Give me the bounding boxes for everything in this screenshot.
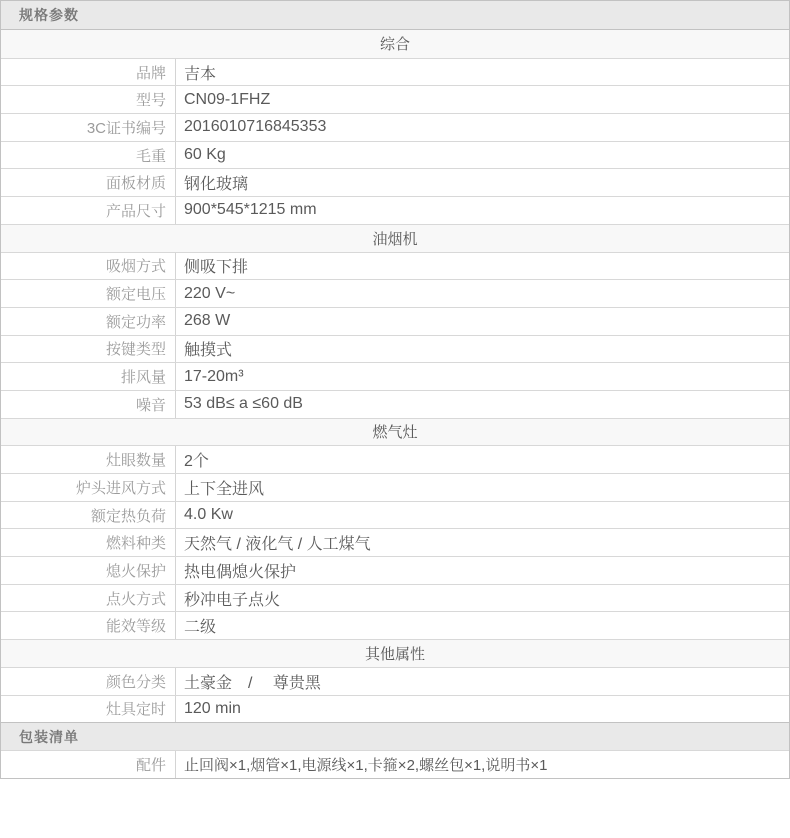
spec-row-range-hood-3: 按键类型触摸式 <box>1 335 789 363</box>
spec-params-header: 规格参数 <box>0 0 790 30</box>
spec-row-range-hood-4: 排风量17-20m³ <box>1 362 789 390</box>
spec-value: 秒冲电子点火 <box>176 585 789 612</box>
section-title: 油烟机 <box>372 228 417 249</box>
spec-row-other-attributes-1: 灶具定时120 min <box>1 695 789 723</box>
packing-list-title: 包装清单 <box>19 727 79 747</box>
spec-value: 120 min <box>176 696 789 723</box>
spec-label: 噪音 <box>1 391 176 418</box>
spec-row-gas-stove-5: 点火方式秒冲电子点火 <box>1 584 789 612</box>
spec-value: 900*545*1215 mm <box>176 197 789 224</box>
spec-value: 土豪金 / 尊贵黑 <box>176 668 789 695</box>
spec-label: 吸烟方式 <box>1 253 176 280</box>
spec-label: 毛重 <box>1 142 176 169</box>
spec-row-range-hood-2: 额定功率268 W <box>1 307 789 335</box>
spec-label: 产品尺寸 <box>1 197 176 224</box>
spec-value: 二级 <box>176 612 789 639</box>
spec-row-gas-stove-1: 炉头进风方式上下全进风 <box>1 473 789 501</box>
spec-value: 2个 <box>176 446 789 473</box>
spec-value: 侧吸下排 <box>176 253 789 280</box>
spec-label: 品牌 <box>1 59 176 86</box>
spec-label: 颜色分类 <box>1 668 176 695</box>
spec-row-other-attributes-0: 颜色分类土豪金 / 尊贵黑 <box>1 667 789 695</box>
spec-value: 268 W <box>176 308 789 335</box>
spec-label: 额定电压 <box>1 280 176 307</box>
spec-value: 触摸式 <box>176 336 789 363</box>
spec-label: 灶眼数量 <box>1 446 176 473</box>
spec-row-range-hood-0: 吸烟方式侧吸下排 <box>1 252 789 280</box>
spec-row-accessories-0: 配件止回阀×1,烟管×1,电源线×1,卡箍×2,螺丝包×1,说明书×1 <box>1 750 789 778</box>
spec-label: 能效等级 <box>1 612 176 639</box>
spec-value: 吉本 <box>176 59 789 86</box>
spec-value: 53 dB≤ a ≤60 dB <box>176 391 789 418</box>
spec-value: 220 V~ <box>176 280 789 307</box>
spec-value: 4.0 Kw <box>176 502 789 529</box>
spec-row-gas-stove-0: 灶眼数量2个 <box>1 445 789 473</box>
spec-value: 天然气 / 液化气 / 人工煤气 <box>176 529 789 556</box>
spec-label: 额定功率 <box>1 308 176 335</box>
spec-row-general-2: 3C证书编号2016010716845353 <box>1 113 789 141</box>
section-header-range-hood: 油烟机 <box>1 224 789 252</box>
spec-label: 3C证书编号 <box>1 114 176 141</box>
spec-label: 点火方式 <box>1 585 176 612</box>
spec-value: 60 Kg <box>176 142 789 169</box>
section-title: 综合 <box>380 33 410 54</box>
spec-row-general-1: 型号CN09-1FHZ <box>1 85 789 113</box>
spec-row-general-5: 产品尺寸900*545*1215 mm <box>1 196 789 224</box>
spec-row-range-hood-5: 噪音53 dB≤ a ≤60 dB <box>1 390 789 418</box>
spec-label: 配件 <box>1 751 176 778</box>
spec-label: 熄火保护 <box>1 557 176 584</box>
spec-label: 面板材质 <box>1 169 176 196</box>
section-header-general: 综合 <box>1 30 789 58</box>
section-title: 其他属性 <box>365 643 425 664</box>
spec-label: 按键类型 <box>1 336 176 363</box>
spec-label: 炉头进风方式 <box>1 474 176 501</box>
packing-list-header: 包装清单 <box>1 722 789 750</box>
section-title: 燃气灶 <box>372 421 417 442</box>
spec-value: 上下全进风 <box>176 474 789 501</box>
spec-label: 型号 <box>1 86 176 113</box>
spec-table: 综合品牌吉本型号CN09-1FHZ3C证书编号2016010716845353毛… <box>0 30 790 779</box>
spec-row-general-4: 面板材质钢化玻璃 <box>1 168 789 196</box>
spec-row-gas-stove-2: 额定热负荷4.0 Kw <box>1 501 789 529</box>
spec-label: 灶具定时 <box>1 696 176 723</box>
spec-params-title: 规格参数 <box>19 5 79 25</box>
spec-panel: 规格参数 综合品牌吉本型号CN09-1FHZ3C证书编号201601071684… <box>0 0 790 779</box>
spec-row-gas-stove-3: 燃料种类天然气 / 液化气 / 人工煤气 <box>1 528 789 556</box>
spec-value: CN09-1FHZ <box>176 86 789 113</box>
spec-label: 排风量 <box>1 363 176 390</box>
spec-value: 17-20m³ <box>176 363 789 390</box>
spec-row-range-hood-1: 额定电压220 V~ <box>1 279 789 307</box>
spec-label: 燃料种类 <box>1 529 176 556</box>
spec-value: 热电偶熄火保护 <box>176 557 789 584</box>
section-header-gas-stove: 燃气灶 <box>1 418 789 446</box>
section-header-other-attributes: 其他属性 <box>1 639 789 667</box>
spec-value: 止回阀×1,烟管×1,电源线×1,卡箍×2,螺丝包×1,说明书×1 <box>176 751 789 778</box>
spec-row-gas-stove-6: 能效等级二级 <box>1 611 789 639</box>
spec-row-gas-stove-4: 熄火保护热电偶熄火保护 <box>1 556 789 584</box>
spec-value: 钢化玻璃 <box>176 169 789 196</box>
spec-row-general-0: 品牌吉本 <box>1 58 789 86</box>
spec-row-general-3: 毛重60 Kg <box>1 141 789 169</box>
spec-label: 额定热负荷 <box>1 502 176 529</box>
spec-value: 2016010716845353 <box>176 114 789 141</box>
